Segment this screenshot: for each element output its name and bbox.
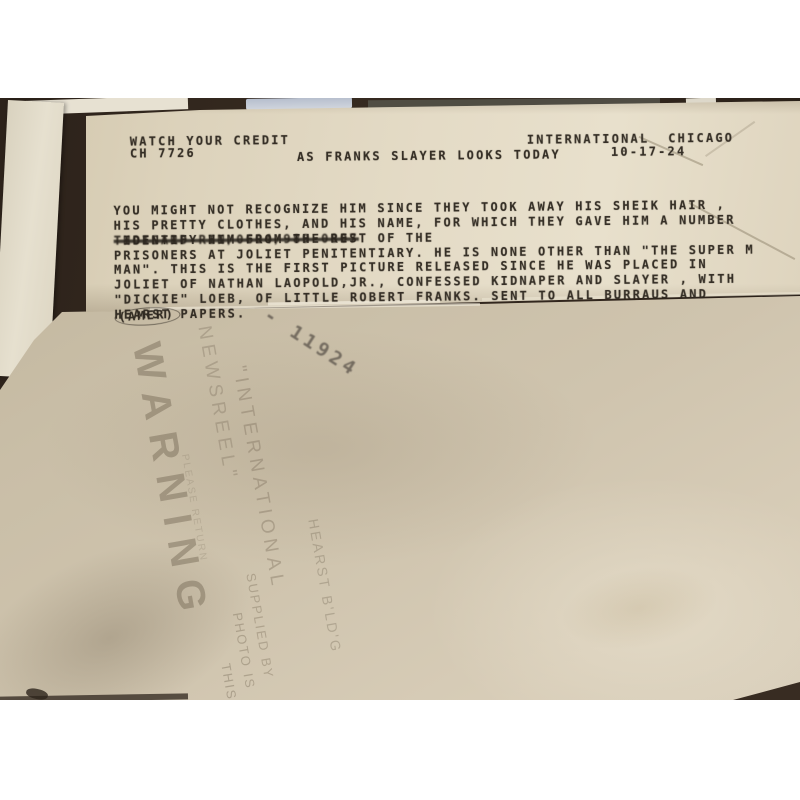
typed-caption-text: WATCH YOUR CREDIT CH 7726 INTERNATIONAL … (0, 98, 800, 322)
caption-headline: AS FRANKS SLAYER LOOKS TODAY (297, 147, 561, 164)
caption-body: YOU MIGHT NOT RECOGNIZE HIM SINCE THEY T… (113, 173, 190, 323)
credit-notice: WATCH YOUR CREDIT CH 7726 (130, 113, 206, 160)
credit-line-2: CH 7726 (130, 147, 196, 159)
stamp-line-this: THIS (218, 662, 239, 700)
photo-of-press-caption-back: WARNING NEWSREEL" "INTERNATIONAL PLEASE … (0, 0, 800, 800)
photograph: WARNING NEWSREEL" "INTERNATIONAL PLEASE … (0, 98, 800, 700)
